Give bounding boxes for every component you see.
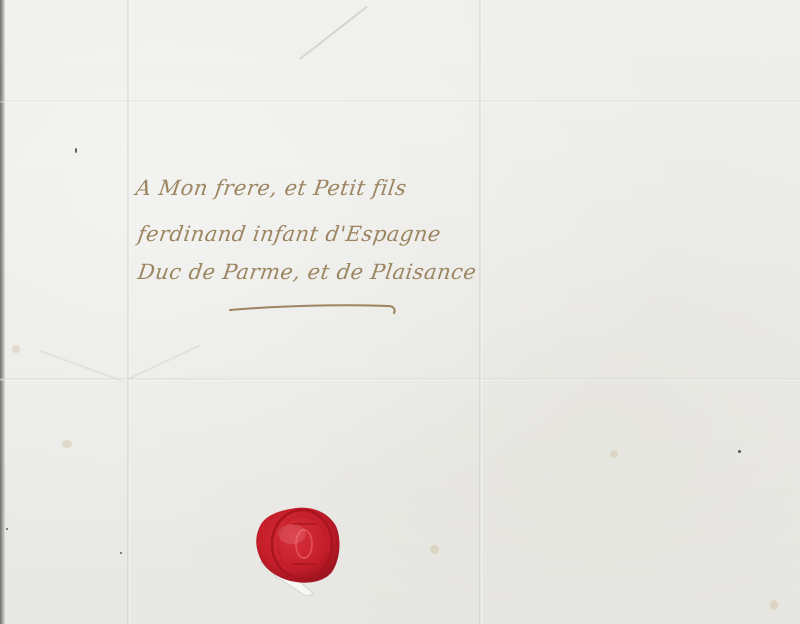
stain-spot [62,440,72,448]
address-line-1: A Mon frere, et Petit fils [134,176,408,200]
ink-speck [120,552,122,554]
underline-flourish [228,300,398,316]
paper-left-edge [0,0,5,624]
wax-seal-icon [252,504,342,586]
stain-spot [770,600,778,610]
vertical-fold-left [127,0,130,624]
ink-speck [75,148,77,153]
ink-speck [738,450,741,453]
stain-spot [430,545,439,554]
vertical-fold-right [479,0,482,624]
stain-spot [12,345,20,353]
address-line-2: ferdinand infant d'Espagne [136,222,442,246]
horizontal-fold-top [0,100,800,103]
crease-top [299,6,367,60]
stain-spot [610,450,618,458]
crease-center [128,344,201,380]
address-line-3: Duc de Parme, et de Plaisance [136,260,478,284]
ink-speck [6,528,8,530]
letter-sheet: A Mon frere, et Petit fils ferdinand inf… [0,0,800,624]
